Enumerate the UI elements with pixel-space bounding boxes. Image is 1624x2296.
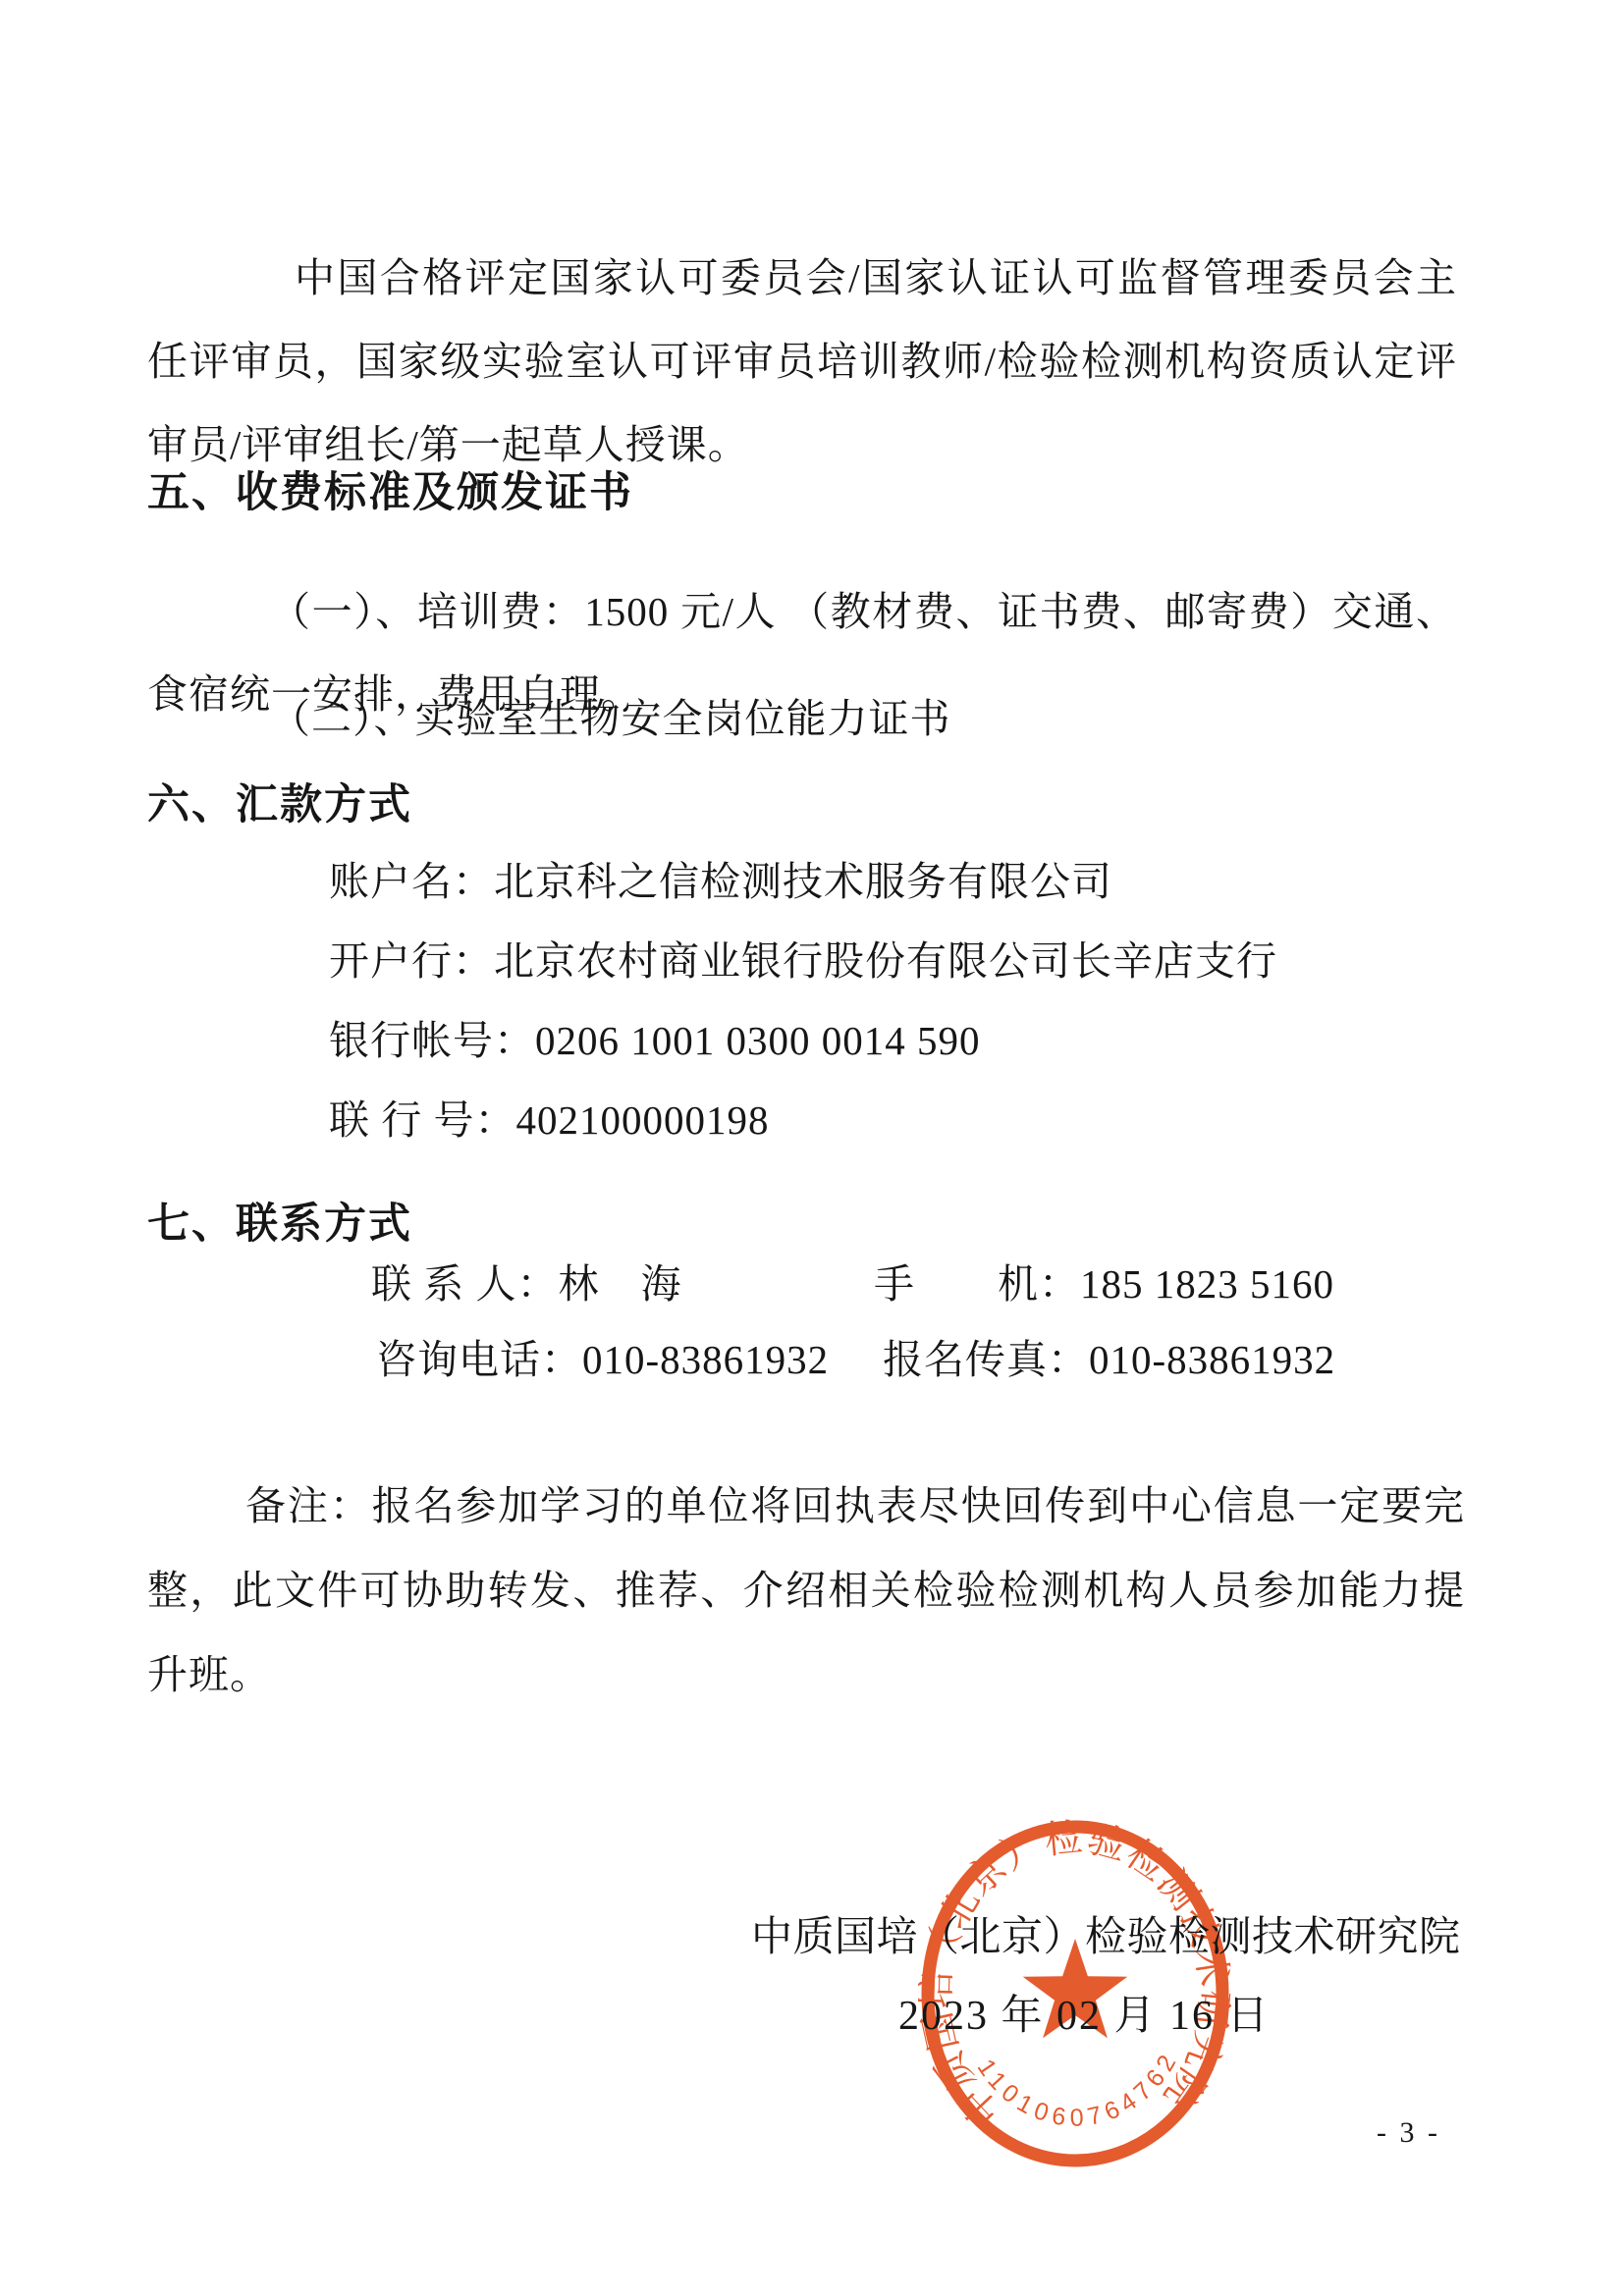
seal-serial-holder: 1101060764762 bbox=[972, 2046, 1185, 2132]
fee-item-2: （二）、实验室生物安全岗位能力证书 bbox=[270, 677, 951, 761]
contact-person: 联 系 人：林 海 bbox=[371, 1255, 682, 1313]
document-page: 中国合格评定国家认可委员会/国家认证认可监督管理委员会主任评审员，国家级实验室认… bbox=[0, 0, 1624, 2296]
remit-details: 账户名：北京科之信检测技术服务有限公司 开户行：北京农村商业银行股份有限公司长辛… bbox=[329, 842, 1277, 1160]
remit-account-number: 银行帐号：0206 1001 0300 0014 590 bbox=[329, 1001, 1277, 1081]
remit-account-name: 账户名：北京科之信检测技术服务有限公司 bbox=[329, 842, 1277, 922]
section-fee-heading: 五、收费标准及颁发证书 bbox=[147, 452, 633, 535]
note-paragraph: 备注：报名参加学习的单位将回执表尽快回传到中心信息一定要完整，此文件可协助转发、… bbox=[147, 1464, 1465, 1717]
contact-phone: 咨询电话：010-83861932 bbox=[376, 1330, 829, 1389]
section-remit-heading: 六、汇款方式 bbox=[147, 764, 412, 847]
contact-row-2: 咨询电话：010-83861932 报名传真：010-83861932 bbox=[0, 1330, 1624, 1389]
remit-clearing-number: 联 行 号：402100000198 bbox=[329, 1081, 1277, 1160]
contact-mobile: 手 机：185 1823 5160 bbox=[874, 1255, 1334, 1313]
contact-row-1: 联 系 人：林 海 手 机：185 1823 5160 bbox=[0, 1255, 1624, 1313]
remit-bank-branch: 开户行：北京农村商业银行股份有限公司长辛店支行 bbox=[329, 922, 1277, 1001]
signature-organization: 中质国培（北京）检验检测技术研究院 bbox=[751, 1904, 1461, 1963]
signature-date: 2023 年 02 月 16 日 bbox=[898, 1983, 1271, 2042]
contact-fax: 报名传真：010-83861932 bbox=[883, 1330, 1335, 1389]
seal-serial-number: 1101060764762 bbox=[972, 2046, 1185, 2132]
intro-paragraph: 中国合格评定国家认可委员会/国家认证认可监督管理委员会主任评审员，国家级实验室认… bbox=[147, 237, 1457, 487]
page-number: - 3 - bbox=[1377, 2116, 1440, 2150]
